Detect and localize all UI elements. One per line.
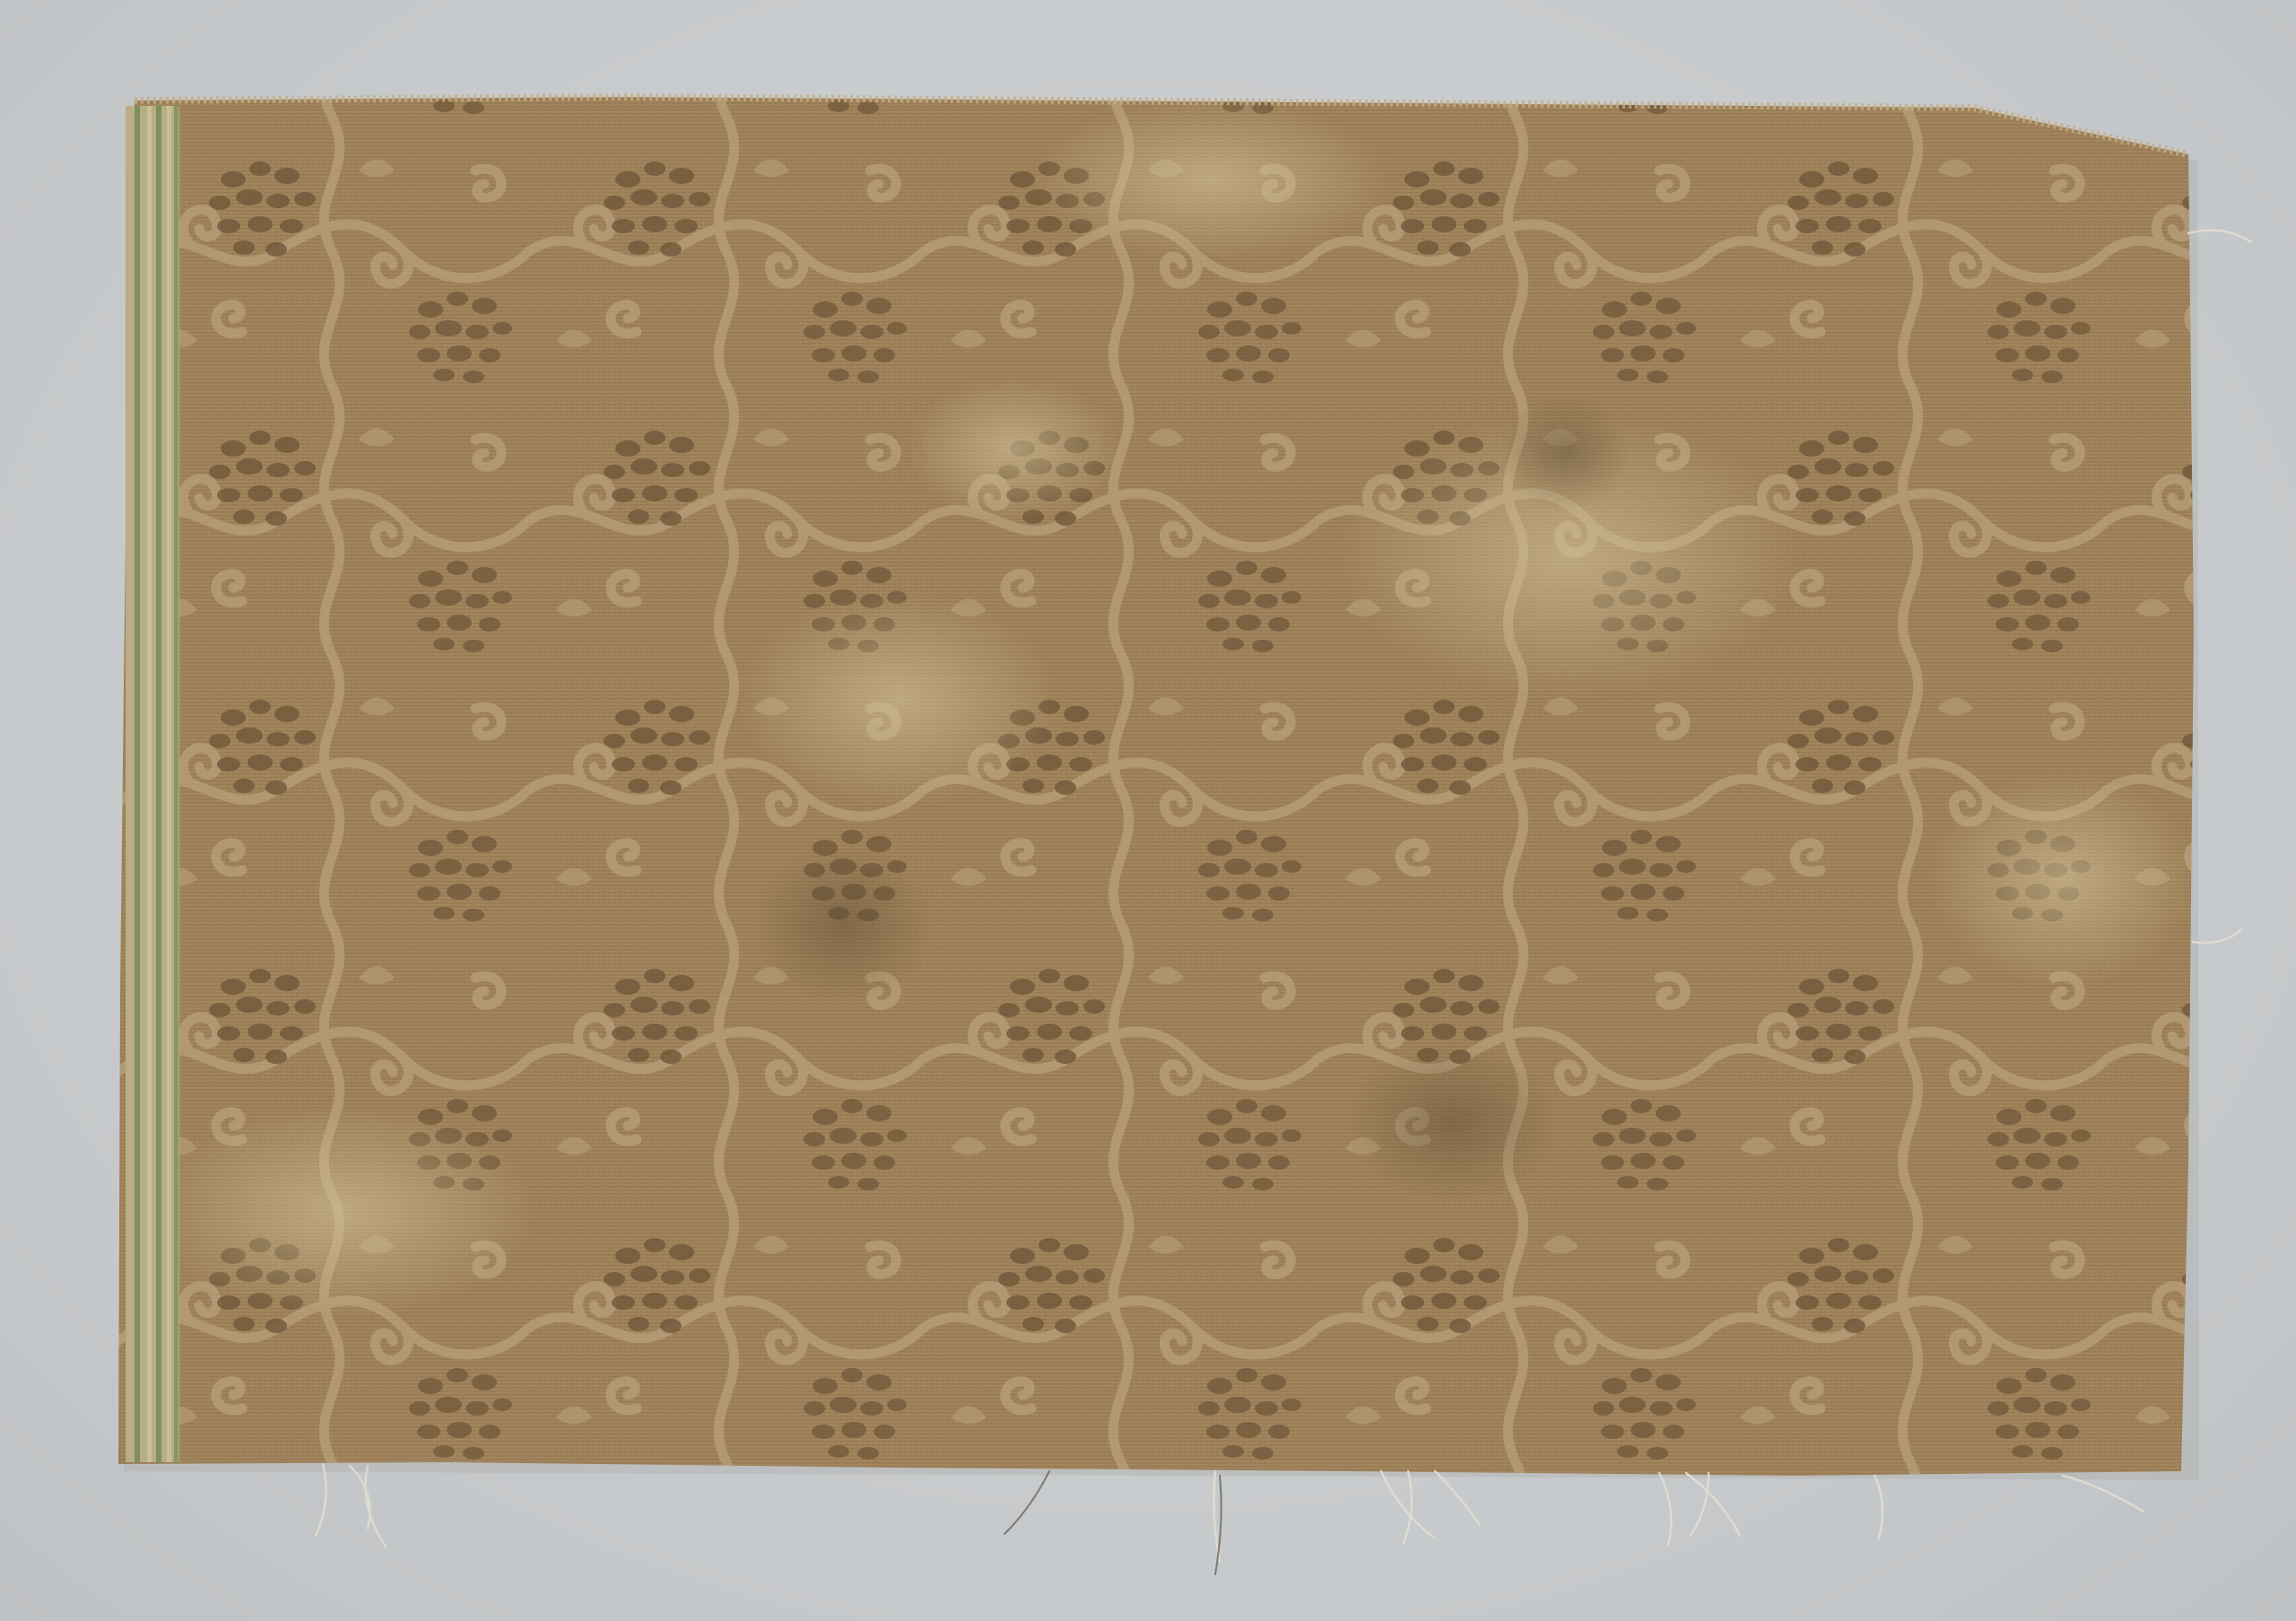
selvedge-border (126, 106, 179, 1462)
textile-fragment (0, 0, 2296, 1621)
dark-threads (1004, 1471, 1222, 1574)
fabric-body (0, 0, 2296, 1621)
